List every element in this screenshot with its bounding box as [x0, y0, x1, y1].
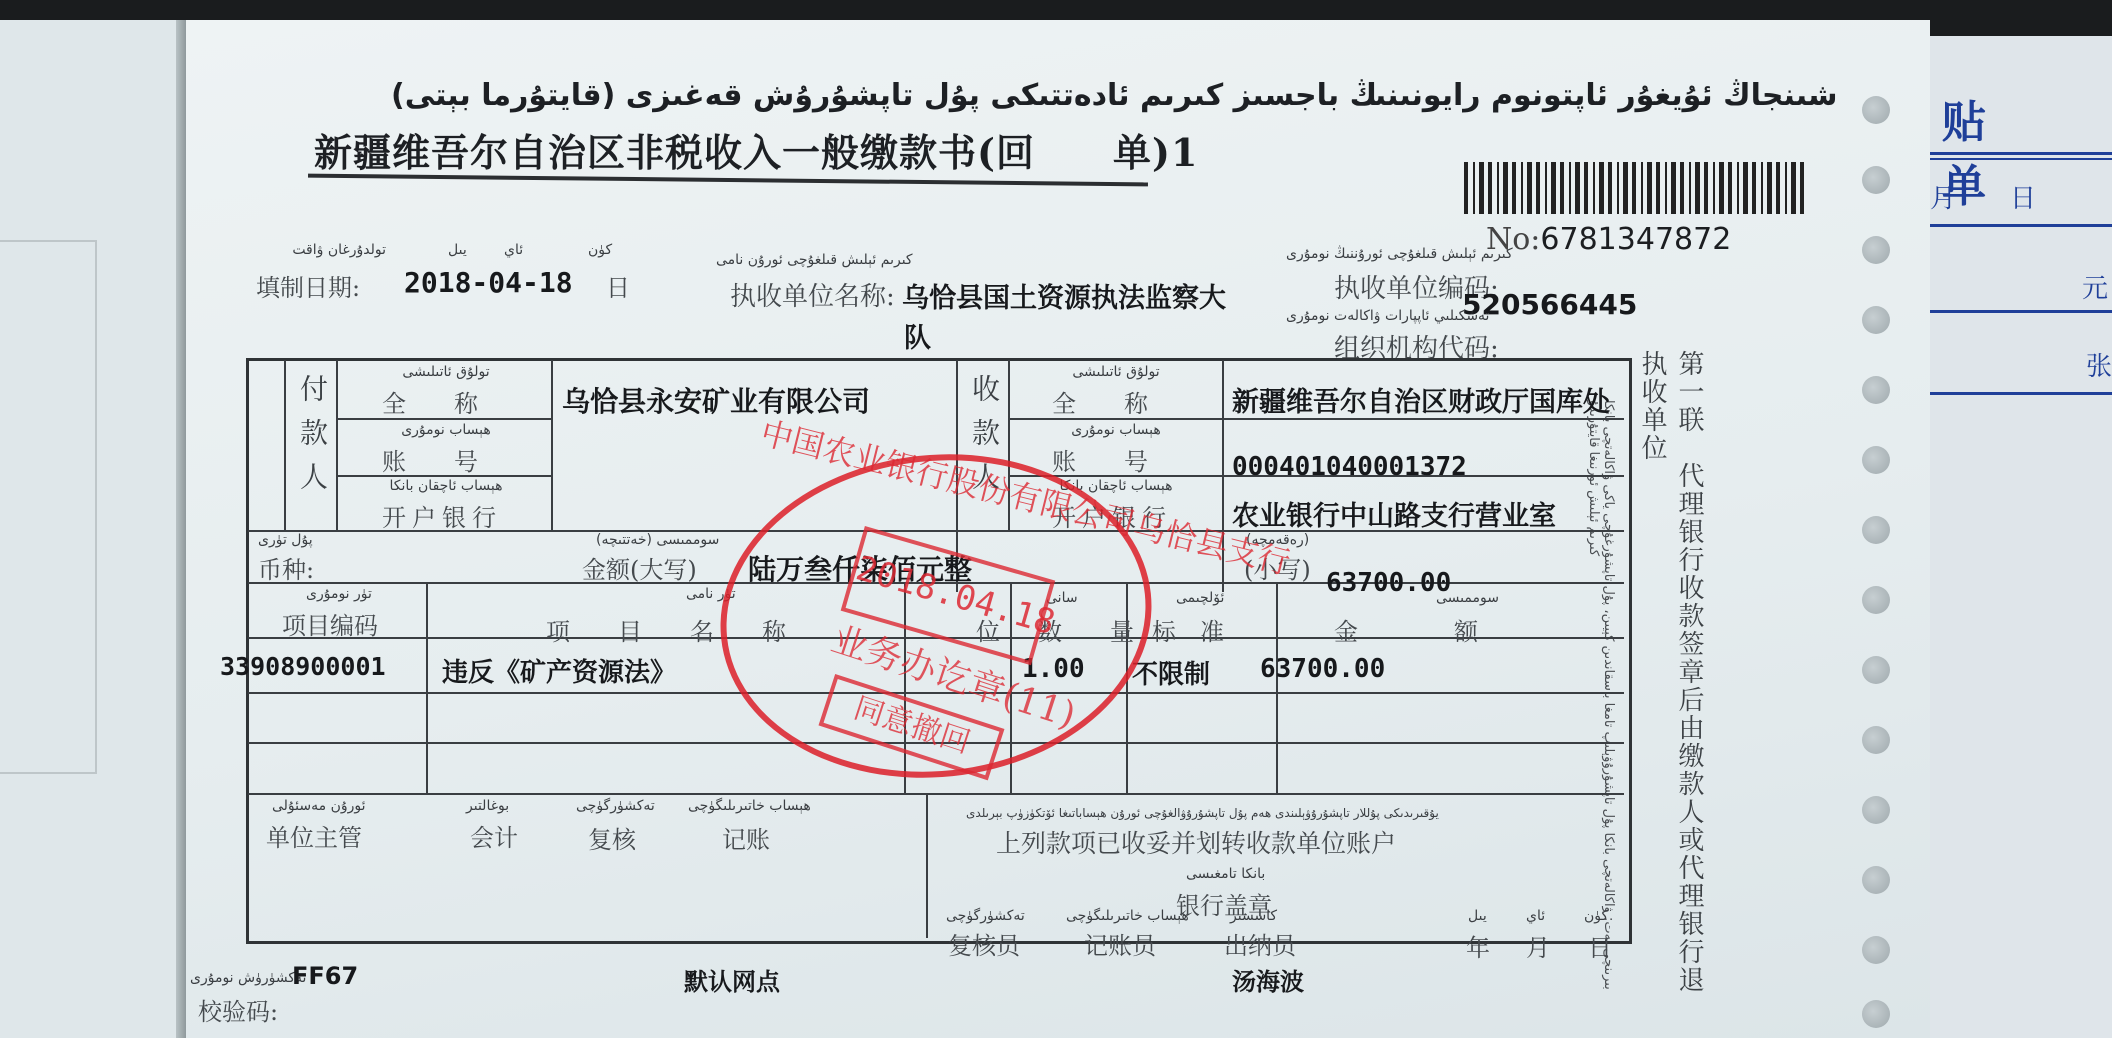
day-label: 日: [2010, 178, 2036, 215]
payer-account-label: 账 号: [382, 442, 478, 477]
year-ug-bottom: يىل: [1468, 908, 1487, 924]
grid-line: [926, 793, 928, 938]
payer-bank-label: 开户银行: [382, 498, 502, 533]
reviewer-label: 复核: [588, 820, 636, 855]
payee-account-label: 账 号: [1052, 442, 1148, 477]
check-code-label-ug: تەكشۈرۈش نومۇرى: [190, 970, 306, 986]
punch-hole-icon: [1862, 376, 1890, 404]
month-label: 月: [1526, 928, 1550, 963]
month-ug: ئاي: [504, 242, 523, 258]
day-label: 日: [1588, 928, 1612, 963]
grid-line: [551, 360, 553, 530]
punch-hole-icon: [1862, 866, 1890, 894]
item-code: 33908900001: [220, 652, 386, 681]
reviewer-ug: تەكشۈرگۈچى: [576, 798, 655, 814]
grid-line: [284, 360, 286, 530]
divider: [1930, 152, 2112, 155]
payer-fullname-label: 全 称: [382, 384, 478, 419]
day-char: 日: [606, 268, 630, 303]
bank-bookkeeper-label: 记账员: [1084, 926, 1156, 961]
zhang-fragment: 张: [2086, 346, 2112, 383]
punch-hole-icon: [1862, 1000, 1890, 1028]
date-label: 填制日期:: [256, 268, 360, 303]
grid-line: [426, 582, 428, 793]
check-code-label: 校验码:: [198, 992, 278, 1027]
day-ug: كۈن: [588, 242, 612, 258]
payer-fullname: 乌恰县永安矿业有限公司: [562, 380, 870, 420]
cashier-label: 出纳员: [1224, 926, 1296, 961]
punch-hole-icon: [1862, 516, 1890, 544]
col-code: 项目编码: [282, 606, 378, 641]
item-standard: 不限制: [1132, 654, 1210, 691]
date-value: 2018-04-18: [404, 266, 573, 299]
grid-line: [248, 793, 1624, 795]
collector-label: 执收单位名称:: [730, 276, 895, 313]
attached-slip: 贴单 月 日 元 张: [1930, 36, 2112, 1038]
punch-hole-icon: [1862, 446, 1890, 474]
cashier-name: 汤海波: [1232, 962, 1304, 997]
currency-label: 币种:: [258, 550, 314, 585]
bookkeeper-ug: ھېساب خاتىرىلىگۈچى: [688, 798, 811, 814]
item-name: 违反《矿产资源法》: [442, 652, 676, 689]
payer-section-label: 付款人: [292, 374, 332, 506]
item-amount: 63700.00: [1260, 654, 1385, 684]
payee-account-label-ug: ھېساب نومۇرى: [1046, 422, 1186, 438]
accountant-label: 会计: [470, 818, 518, 853]
collector-code-label-ug: كىرىم ئېلىش قىلغۇچى ئورۇننىڭ نومۇرى: [1286, 246, 1513, 262]
punch-hole-icon: [1862, 236, 1890, 264]
sheet-edge: [176, 20, 186, 1038]
date-label-ug: تولدۇرغان ۋاقت: [246, 242, 386, 258]
collector-label-ug: كىرىم ئېلىش قىلغۇچى ئورۇن نامى: [716, 252, 913, 268]
payer-account-label-ug: ھېساب نومۇرى: [376, 422, 516, 438]
seal-ug: بانكا تامغىسى: [1186, 866, 1265, 882]
bleed-through-form: [0, 240, 97, 774]
divider: [1930, 224, 2112, 227]
col-standard-ug: ئۆلچىمى: [1176, 590, 1224, 606]
binding-holes: [1846, 20, 1906, 1038]
grid-line: [336, 360, 338, 530]
capital-label-ug: سوممىسى (خەتتىچە): [596, 532, 719, 548]
year-ug: يىل: [448, 242, 467, 258]
unit-head-label: 单位主管: [266, 818, 362, 853]
punch-hole-icon: [1862, 166, 1890, 194]
numeric-amount: 63700.00: [1326, 568, 1451, 598]
collector-name: 乌恰县国土资源执法监察大: [902, 276, 1226, 315]
org-code-label-ug: تەشكىلىي ئاپپارات ۋاكالەت نومۇرى: [1286, 308, 1489, 324]
bookkeeper-label: 记账: [722, 820, 770, 855]
year-label: 年: [1466, 928, 1490, 963]
document-number-value: 6781347872: [1540, 222, 1731, 257]
unit-head-ug: ئورۇن مەسئۇلى: [272, 798, 366, 814]
divider: [1930, 392, 2112, 395]
punch-hole-icon: [1862, 96, 1890, 124]
divider: [1930, 310, 2112, 313]
document-title: 新疆维吾尔自治区非税收入一般缴款书(回 单)1: [314, 122, 1198, 177]
title-uyghur: شىنجاڭ ئۇيغۇر ئاپتونوم رايونىنىڭ باجسىز …: [391, 78, 1838, 113]
bank-bookkeeper-ug: ھېساب خاتىرىلىگۈچى: [1066, 908, 1189, 924]
currency-label-ug: پۇل تۈرى: [258, 532, 313, 548]
col-amount-ug: سوممىسى: [1436, 590, 1499, 606]
bank-reviewer-ug: تەكشۈرگۈچى: [946, 908, 1025, 924]
day-ug-bottom: كۈن: [1584, 908, 1608, 924]
collector-name-line2: 队: [904, 316, 931, 355]
cashier-ug: كاسسىر: [1230, 908, 1277, 924]
col-code-ug: تۈر نومۇرى: [306, 586, 372, 602]
document-number: No:6781347872: [1486, 222, 1731, 257]
payee-fullname: 新疆维吾尔自治区财政厅国库处: [1232, 380, 1610, 419]
payee-fullname-label-ug: تولۇق ئاتىلىشى: [1046, 364, 1186, 380]
payer-bank-label-ug: ھېساب ئاچقان بانكا: [356, 478, 536, 494]
capital-label: 金额(大写): [582, 550, 697, 585]
received-text: 上列款项已收妥并划转收款单位账户: [996, 824, 1396, 860]
divider: [1930, 158, 2112, 160]
punch-hole-icon: [1862, 796, 1890, 824]
payer-fullname-label-ug: تولۇق ئاتىلىشى: [376, 364, 516, 380]
punch-hole-icon: [1862, 936, 1890, 964]
yuan-fragment: 元: [2082, 268, 2108, 305]
punch-hole-icon: [1862, 726, 1890, 754]
month-fragment: 月: [1930, 178, 1956, 215]
month-ug-bottom: ئاي: [1526, 908, 1545, 924]
barcode-icon: [1464, 162, 1809, 214]
check-code: FF67: [292, 962, 358, 990]
punch-hole-icon: [1862, 306, 1890, 334]
accountant-ug: بوغالتىر: [466, 798, 509, 814]
received-ug: يۇقىرىدىكى پۇللار تاپشۇرۇۋېلىندى ھەم پۇل…: [966, 806, 1439, 820]
outlet-name: 默认网点: [684, 962, 780, 997]
punch-hole-icon: [1862, 586, 1890, 614]
payee-fullname-label: 全 称: [1052, 384, 1148, 419]
copy-note: 第一联 代理银行收款签章后由缴款人或代理银行退执收单位: [1634, 350, 1708, 1010]
grid-line: [1276, 582, 1278, 793]
punch-hole-icon: [1862, 656, 1890, 684]
col-amount: 金 额: [1334, 612, 1478, 647]
payee-account: 000401040001372: [1232, 452, 1467, 482]
bank-reviewer-label: 复核员: [948, 926, 1020, 961]
col-standard: 标 准: [1152, 612, 1224, 647]
payee-bank: 农业银行中山路支行营业室: [1232, 494, 1556, 533]
